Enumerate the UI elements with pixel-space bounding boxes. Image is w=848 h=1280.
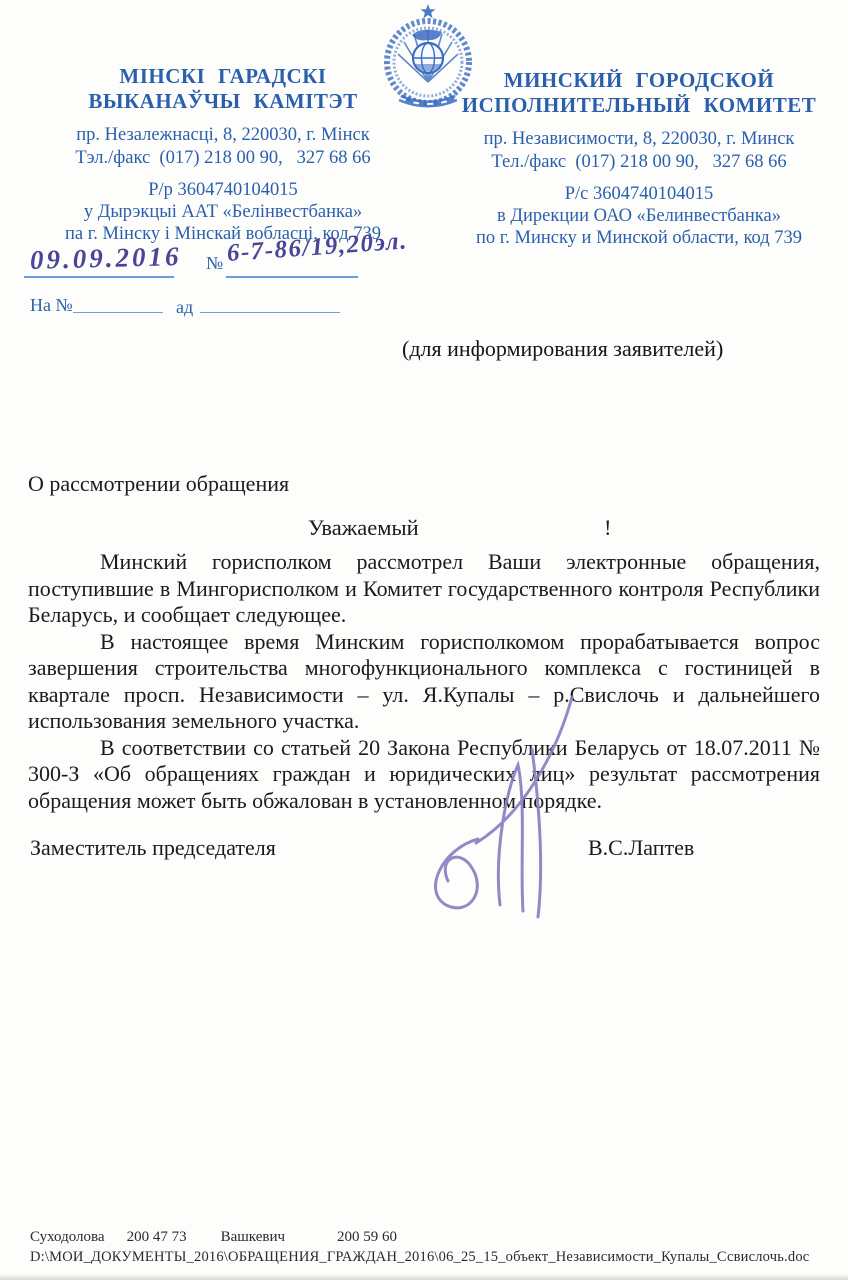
letter-body: Минский горисполком рассмотрел Ваши элек… xyxy=(28,549,820,814)
salutation-punct: ! xyxy=(604,515,612,541)
org-name-ru-line2: ИСПОЛНИТЕЛЬНЫЙ КОМИТЕТ xyxy=(438,93,840,118)
paragraph-2: В настоящее время Минским горисполкомом … xyxy=(28,629,820,735)
executor1-name: Суходолова xyxy=(30,1229,105,1245)
scan-edge-shadow xyxy=(0,1274,848,1280)
org-name-by-line2: ВЫКАНАЎЧЫ КАМІТЭТ xyxy=(18,89,428,114)
scanned-letter-page: МІНСКІ ГАРАДСКІ ВЫКАНАЎЧЫ КАМІТЭТ пр. Не… xyxy=(0,0,848,1280)
executor2-phone: 200 59 60 xyxy=(337,1229,397,1245)
letterhead-right: МИНСКИЙ ГОРОДСКОЙ ИСПОЛНИТЕЛЬНЫЙ КОМИТЕТ… xyxy=(438,68,840,249)
handwritten-date: 09.09.2016 xyxy=(30,241,182,276)
salutation-word: Уважаемый xyxy=(308,515,419,541)
bank-by: у Дырэкцыі ААТ «Белінвестбанка» xyxy=(18,201,428,223)
incoming-date-underline xyxy=(200,312,340,313)
date-underline xyxy=(24,276,174,278)
address-ru: пр. Независимости, 8, 220030, г. Минск xyxy=(438,128,840,151)
signer-name: В.С.Лаптев xyxy=(588,835,694,861)
incoming-number-underline xyxy=(73,312,163,313)
subject-line: О рассмотрении обращения xyxy=(28,471,289,497)
account-ru: Р/с 3604740104015 xyxy=(438,183,840,205)
signer-title: Заместитель председателя xyxy=(30,835,276,861)
incoming-number-label: На № xyxy=(30,295,73,316)
paragraph-3: В соответствии со статьей 20 Закона Респ… xyxy=(28,735,820,815)
letterhead-left: МІНСКІ ГАРАДСКІ ВЫКАНАЎЧЫ КАМІТЭТ пр. Не… xyxy=(18,64,428,245)
org-name-ru-line1: МИНСКИЙ ГОРОДСКОЙ xyxy=(438,68,840,93)
address-by: пр. Незалежнасці, 8, 220030, г. Мінск xyxy=(18,124,428,147)
phone-ru: Тел./факс (017) 218 00 90, 327 68 66 xyxy=(438,151,840,174)
org-name-by-line1: МІНСКІ ГАРАДСКІ xyxy=(18,64,428,89)
executor2-name: Вашкевич xyxy=(221,1229,285,1245)
phone-by: Тэл./факс (017) 218 00 90, 327 68 66 xyxy=(18,147,428,170)
bank-ru: в Дирекции ОАО «Белинвестбанка» xyxy=(438,205,840,227)
paragraph-1: Минский горисполком рассмотрел Ваши элек… xyxy=(28,549,820,629)
document-file-path: D:\МОИ_ДОКУМЕНТЫ_2016\ОБРАЩЕНИЯ_ГРАЖДАН_… xyxy=(30,1249,809,1266)
executor1-phone: 200 47 73 xyxy=(127,1229,187,1245)
number-underline xyxy=(226,276,358,278)
addressee-annotation: (для информирования заявителей) xyxy=(402,336,723,362)
number-label: № xyxy=(206,253,223,274)
account-by: Р/р 3604740104015 xyxy=(18,179,428,201)
incoming-from-label: ад xyxy=(176,297,193,318)
executor-contacts: Суходолова200 47 73Вашкевич200 59 60 xyxy=(30,1229,397,1246)
bank-region-ru: по г. Минску и Минской области, код 739 xyxy=(438,227,840,249)
